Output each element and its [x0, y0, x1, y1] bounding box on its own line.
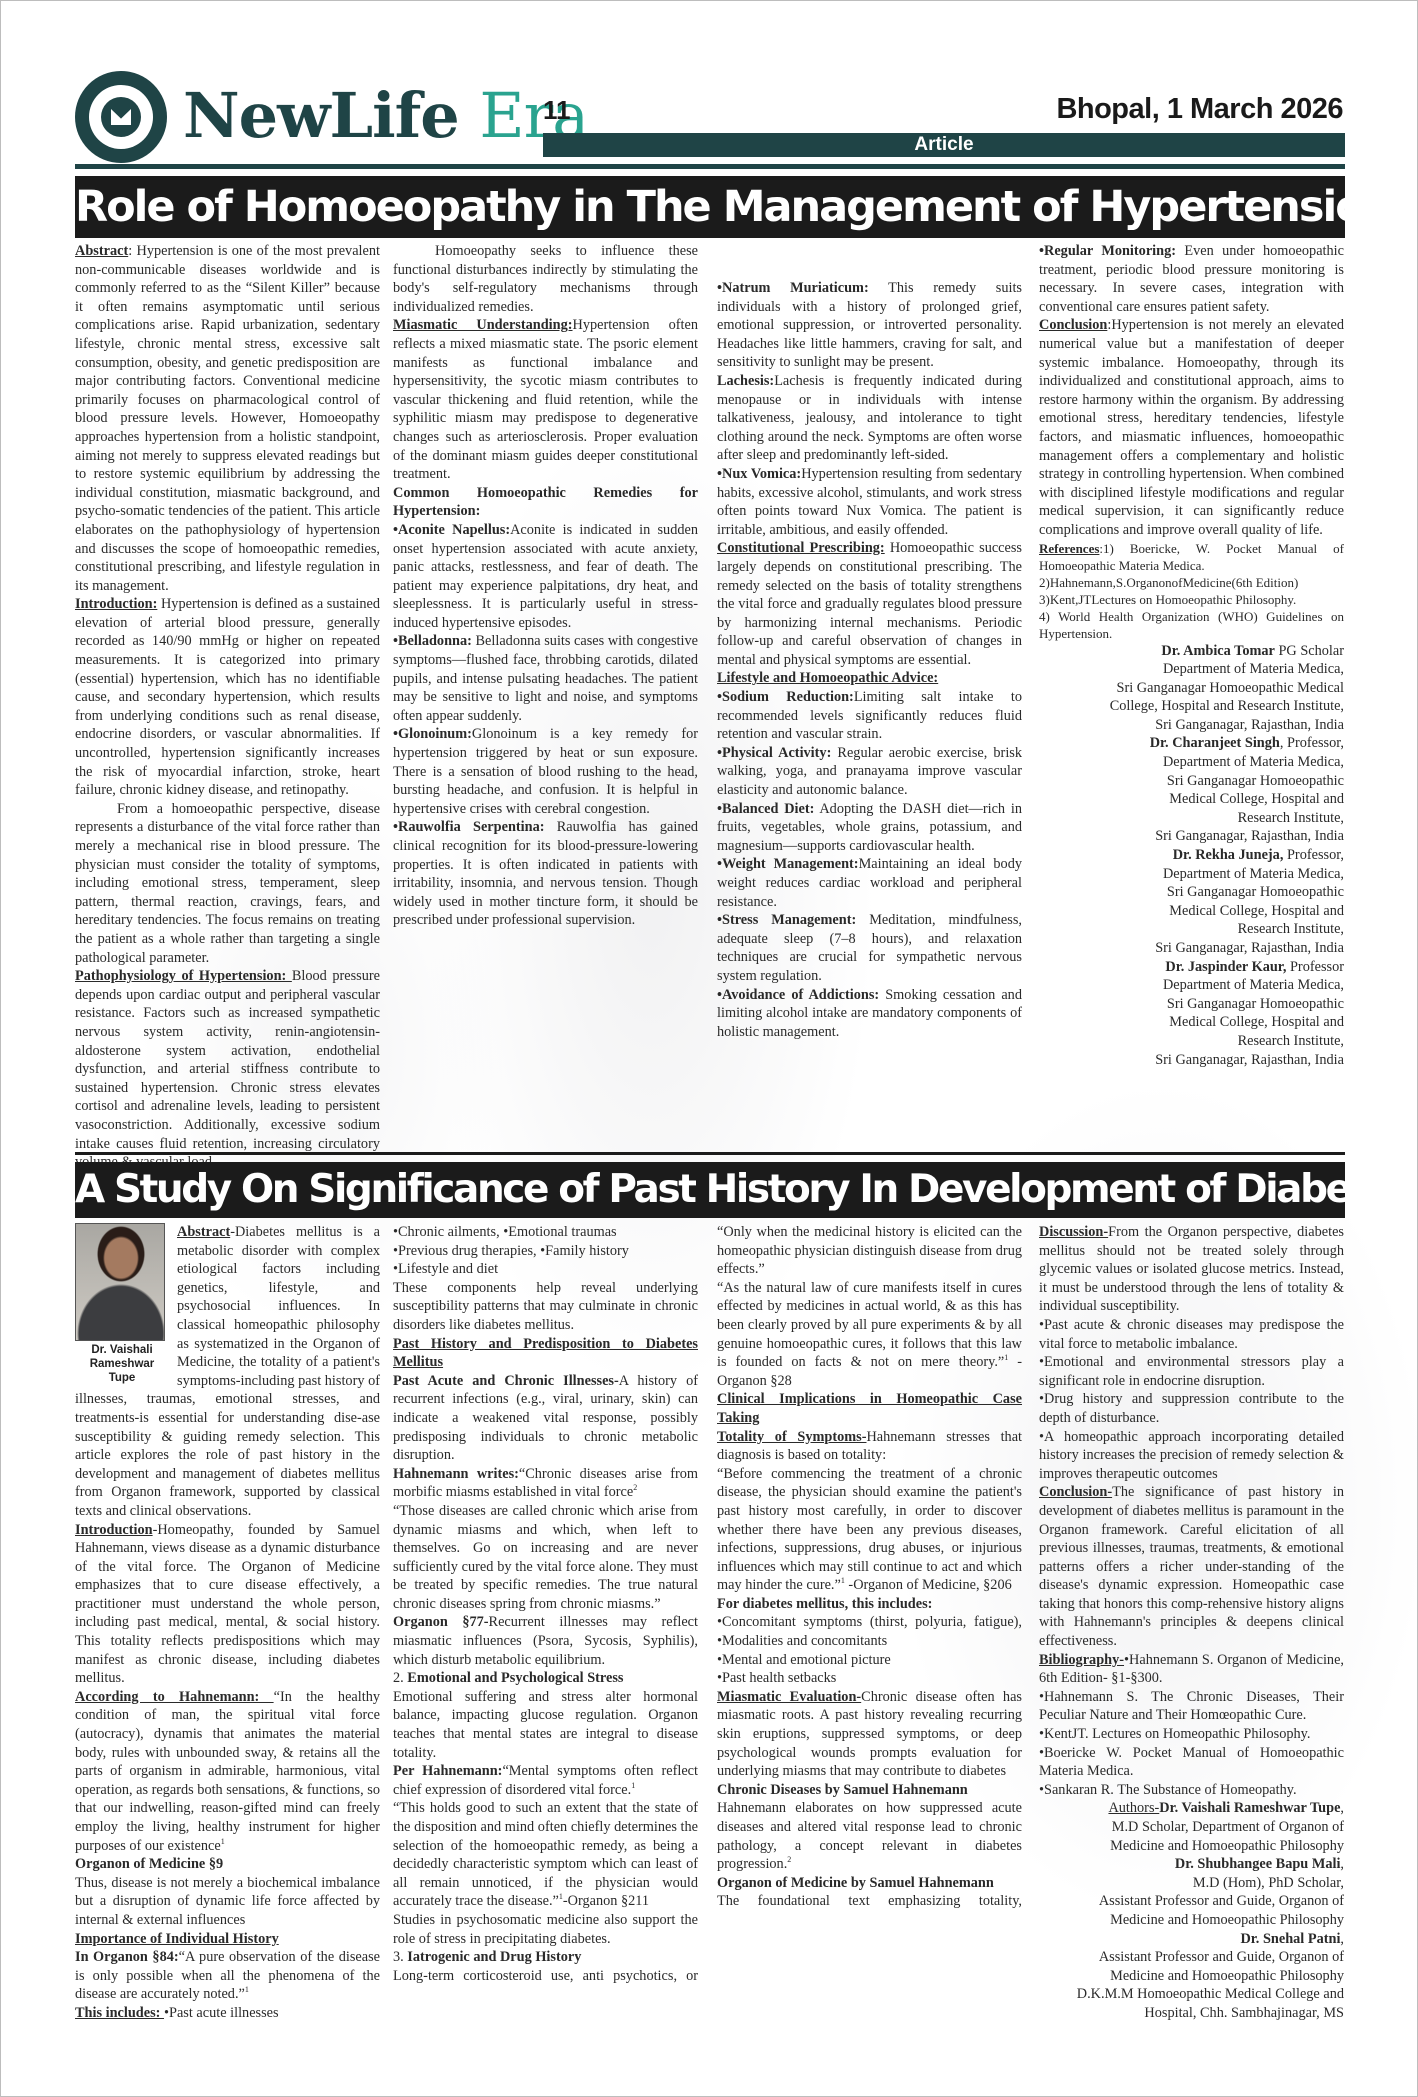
author-name: Dr. Snehal Patni: [1240, 1931, 1340, 1947]
page-number: 11: [543, 95, 571, 126]
includes-label: This includes:: [75, 2005, 164, 2021]
pathophysiology-text: Blood pressure depends upon cardiac outp…: [75, 968, 380, 1170]
author-block: Authors-Dr. Vaishali Rameshwar Tupe, M.D…: [1039, 1799, 1344, 2022]
newspaper-page: NewLife Era 11 Bhopal, 1 March 2026 Arti…: [0, 0, 1418, 2097]
remedy-item: •Natrum Muriaticum: This remedy suits in…: [717, 279, 1022, 372]
introduction-text: Hypertension is defined as a sustained e…: [75, 596, 380, 798]
chronic-diseases-heading: Chronic Diseases by Samuel Hahnemann: [717, 1781, 1022, 1800]
dm-item: •Concomitant symptoms (thirst, polyuria,…: [717, 1613, 1022, 1650]
chronic-quote: “Those diseases are called chronic which…: [393, 1502, 698, 1614]
organon-84-label: In Organon §84:: [75, 1949, 179, 1965]
pathophysiology-label: Pathophysiology of Hypertension:: [75, 968, 292, 984]
article2-column-3: “Only when the medicinal history is elic…: [717, 1223, 1022, 1910]
discussion-label: Discussion-: [1039, 1224, 1108, 1240]
organon-77-label: Organon §77-: [393, 1614, 489, 1630]
discussion-point: •Past acute & chronic diseases may predi…: [1039, 1316, 1344, 1353]
conclusion-label: Conclusion-: [1039, 1484, 1112, 1500]
hahnemann-label: According to Hahnemann:: [75, 1689, 274, 1705]
includes-item: •Lifestyle and diet: [393, 1260, 698, 1279]
remedy-item: •Rauwolfia Serpentina: Rauwolfia has gai…: [393, 818, 698, 930]
clinical-heading: Clinical Implications in Homeopathic Cas…: [717, 1390, 1022, 1427]
author-name: Dr. Vaishali Rameshwar Tupe: [1159, 1800, 1340, 1816]
conclusion-text: :Hypertension is not merely an elevated …: [1039, 317, 1344, 538]
author-name: Dr. Charanjeet Singh: [1150, 735, 1280, 751]
lifestyle-item: •Balanced Diet: Adopting the DASH diet—r…: [717, 800, 1022, 856]
article2-column-4: Discussion-From the Organon perspective,…: [1039, 1223, 1344, 2023]
hahnemann-quote: “In the healthy condition of man, the sp…: [75, 1689, 380, 1854]
author-photo-block: Dr. Vaishali Rameshwar Tupe: [75, 1223, 169, 1385]
dateline: Bhopal, 1 March 2026: [1056, 93, 1343, 126]
abstract-text: : Hypertension is one of the most preval…: [75, 243, 380, 594]
lifestyle-item: •Sodium Reduction:Limiting salt intake t…: [717, 688, 1022, 744]
remedies-heading: Common Homoeopathic Remedies for Hyperte…: [393, 484, 698, 521]
lifestyle-item: •Physical Activity: Regular aerobic exer…: [717, 744, 1022, 800]
author-photo: [75, 1223, 165, 1341]
dm-includes-heading: For diabetes mellitus, this includes:: [717, 1595, 1022, 1614]
article2-column-1: Dr. Vaishali Rameshwar Tupe Abstract-Dia…: [75, 1223, 380, 2023]
author-name: Dr. Jaspinder Kaur,: [1165, 959, 1286, 975]
past-history-heading: Past History and Predisposition to Diabe…: [393, 1335, 698, 1372]
totality-label: Totality of Symptoms-: [717, 1429, 866, 1445]
includes-item: •Past acute illnesses: [164, 2005, 279, 2021]
introduction-label: Introduction:: [75, 596, 157, 612]
reference-item: 4) World Health Organization (WHO) Guide…: [1039, 608, 1344, 642]
abstract-label: Abstract: [177, 1224, 230, 1240]
article1-column-1: Abstract: Hypertension is one of the mos…: [75, 242, 380, 1172]
author-block: Dr. Ambica Tomar PG Scholar Department o…: [1039, 642, 1344, 1070]
logo-word-newlife: NewLife: [183, 79, 459, 152]
photo-caption: Dr. Vaishali Rameshwar Tupe: [75, 1343, 169, 1385]
past-acute-label: Past Acute and Chronic Illnesses-: [393, 1373, 619, 1389]
emotional-heading: Emotional and Psychological Stress: [407, 1670, 623, 1686]
importance-heading: Importance of Individual History: [75, 1930, 380, 1949]
bibliography-item: •Hahnemann S. The Chronic Diseases, Thei…: [1039, 1688, 1344, 1725]
includes-item: •Previous drug therapies, •Family histor…: [393, 1242, 698, 1261]
section-label: Article: [543, 133, 1345, 157]
authors-label: Authors-: [1108, 1800, 1159, 1816]
per-hahnemann-label: Per Hahnemann:: [393, 1763, 502, 1779]
article2-headline: A Study On Significance of Past History …: [75, 1162, 1345, 1218]
article1-column-4: •Regular Monitoring: Even under homoeopa…: [1039, 242, 1344, 1069]
discussion-point: •Drug history and suppression contribute…: [1039, 1390, 1344, 1427]
article-divider: [75, 1152, 1345, 1155]
references-label: References: [1039, 541, 1099, 556]
lifestyle-item: •Stress Management: Meditation, mindfuln…: [717, 911, 1022, 985]
author-name: Dr. Shubhangee Bapu Mali: [1175, 1856, 1341, 1872]
abstract-label: Abstract: [75, 243, 128, 259]
lifestyle-item: •Regular Monitoring: Even under homoeopa…: [1039, 242, 1344, 316]
lifestyle-item: •Avoidance of Addictions: Smoking cessat…: [717, 986, 1022, 1042]
reference-item: 3)Kent,JTLectures on Homoeopathic Philos…: [1039, 591, 1344, 608]
article1-column-2: Homoeopathy seeks to influence these fun…: [393, 242, 698, 930]
discussion-point: •Emotional and environmental stressors p…: [1039, 1353, 1344, 1390]
introduction-text: -Homeopathy, founded by Samuel Hahnemann…: [75, 1522, 380, 1687]
organon-book-heading: Organon of Medicine by Samuel Hahnemann: [717, 1874, 1022, 1893]
constitutional-text: Homoeopathic success largely depends on …: [717, 540, 1022, 668]
dm-item: •Mental and emotional picture: [717, 1651, 1022, 1670]
miasmatic-text: Hypertension often reflects a mixed mias…: [393, 317, 698, 482]
article1-column-3: •Natrum Muriaticum: This remedy suits in…: [717, 279, 1022, 1041]
bibliography-item: •Boericke W. Pocket Manual of Homoeopath…: [1039, 1744, 1344, 1781]
organon-9-text: Thus, disease is not merely a biochemica…: [75, 1874, 380, 1930]
remedy-item: Lachesis:Lachesis is frequently indicate…: [717, 372, 1022, 465]
article2-column-2: •Chronic ailments, •Emotional traumas •P…: [393, 1223, 698, 1985]
masthead: NewLife Era 11 Bhopal, 1 March 2026 Arti…: [75, 69, 1345, 169]
remedy-item: •Aconite Napellus:Aconite is indicated i…: [393, 521, 698, 633]
bibliography-label: Bibliography-: [1039, 1652, 1124, 1668]
reference-item: 2)Hahnemann,S.OrganonofMedicine(6th Edit…: [1039, 574, 1344, 591]
hahnemann-writes-label: Hahnemann writes:: [393, 1466, 519, 1482]
logo-leaf-icon: [75, 71, 167, 163]
remedy-item: •Belladonna: Belladonna suits cases with…: [393, 632, 698, 725]
miasmatic-label: Miasmatic Understanding:: [393, 317, 573, 333]
miasmatic-evaluation-label: Miasmatic Evaluation-: [717, 1689, 861, 1705]
remedy-item: •Nux Vomica:Hypertension resulting from …: [717, 465, 1022, 539]
logo-wordmark: NewLife Era: [183, 71, 588, 161]
constitutional-label: Constitutional Prescribing:: [717, 540, 885, 556]
author-name: Dr. Ambica Tomar: [1161, 643, 1274, 659]
includes-item: •Chronic ailments, •Emotional traumas: [393, 1223, 698, 1242]
article1-headline: Role of Homoeopathy in The Management of…: [75, 176, 1345, 238]
discussion-point: •A homeopathic approach incorporating de…: [1039, 1428, 1344, 1484]
author-name: Dr. Rekha Juneja,: [1173, 847, 1284, 863]
organon-9-heading: Organon of Medicine §9: [75, 1855, 380, 1874]
remedy-item: •Glonoinum:Glonoinum is a key remedy for…: [393, 725, 698, 818]
medicinal-history-quote: “Only when the medicinal history is elic…: [717, 1223, 1022, 1279]
conclusion-label: Conclusion: [1039, 317, 1107, 333]
bibliography-item: •KentJT. Lectures on Homeopathic Philoso…: [1039, 1725, 1344, 1744]
introduction-paragraph-2: From a homoeopathic perspective, disease…: [75, 800, 380, 967]
iatrogenic-heading: Iatrogenic and Drug History: [407, 1949, 581, 1965]
lifestyle-heading: Lifestyle and Homoeopathic Advice:: [717, 669, 1022, 688]
lifestyle-item: •Weight Management:Maintaining an ideal …: [717, 855, 1022, 911]
masthead-divider: [75, 164, 1345, 169]
introduction-label: Introduction: [75, 1522, 153, 1538]
bibliography-item: •Sankaran R. The Substance of Homeopathy…: [1039, 1781, 1344, 1800]
components-text: These components help reveal underlying …: [393, 1279, 698, 1335]
dm-item: •Past health setbacks: [717, 1669, 1022, 1688]
pathophysiology-paragraph-2: Homoeopathy seeks to influence these fun…: [393, 242, 698, 316]
